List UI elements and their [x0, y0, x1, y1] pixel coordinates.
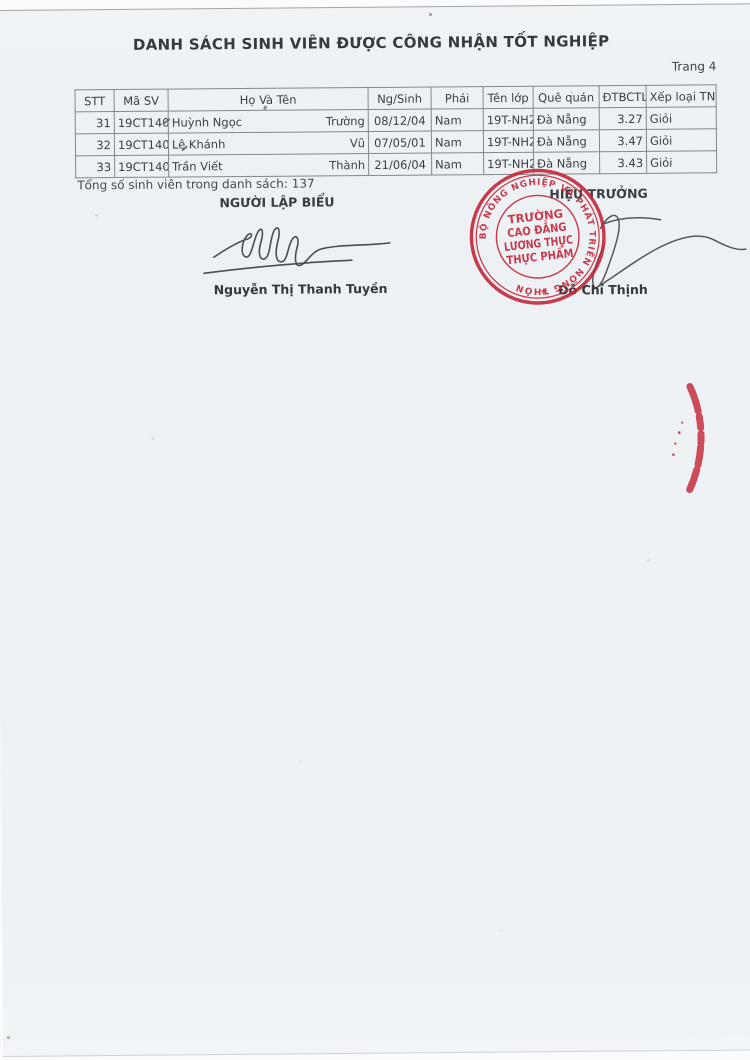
- cell-ten-lop: 19T-NH2: [483, 108, 533, 130]
- preparer-title: NGƯỜI LẬP BIỂU: [219, 194, 334, 210]
- stamp-star-icon: ★: [540, 287, 549, 298]
- cell-que-quan: Đà Nẵng: [533, 108, 599, 131]
- cell-stt: 31: [75, 112, 114, 134]
- cell-phai: Nam: [431, 109, 483, 131]
- school-stamp: BỘ NÔNG NGHIỆP VÀ PHÁT TRIỂN NÔNG THÔN T…: [458, 157, 617, 316]
- cell-ng-sinh: 07/05/01: [368, 131, 431, 153]
- preparer-signature: [196, 216, 401, 282]
- given-name: Trường: [326, 114, 365, 128]
- page-title: DANH SÁCH SINH VIÊN ĐƯỢC CÔNG NHẬN TỐT N…: [0, 31, 746, 55]
- stamp-fragment: [662, 380, 715, 495]
- cell-ho-va-ten: Huỳnh Ngọc Trường: [168, 110, 368, 134]
- col-header-dtbctl: ĐTBCTL: [599, 85, 646, 107]
- cell-xep-loai: Giỏi: [647, 151, 717, 174]
- col-header-ten-lop: Tên lớp: [483, 86, 533, 108]
- cell-dtbctl: 3.47: [599, 129, 646, 151]
- document-content: DANH SÁCH SINH VIÊN ĐƯỢC CÔNG NHẬN TỐT N…: [0, 0, 750, 1060]
- cell-dtbctl: 3.27: [599, 107, 646, 129]
- cell-ten-lop: 19T-NH2: [483, 130, 533, 152]
- cell-ho-va-ten: Trần Viết Thành: [169, 154, 369, 178]
- cell-stt: 32: [75, 134, 114, 156]
- graduates-table: STT Mã SV Họ Và Tên Ng/Sinh Phái Tên lớp…: [75, 84, 718, 178]
- cell-ng-sinh: 21/06/04: [369, 153, 432, 175]
- given-name: Vũ: [350, 136, 365, 150]
- family-name: Trần Viết: [172, 159, 223, 173]
- col-header-ng-sinh: Ng/Sinh: [368, 87, 431, 109]
- given-name: Thành: [329, 158, 365, 172]
- cell-ho-va-ten: Lê Khánh Vũ: [168, 132, 368, 156]
- preparer-name: Nguyễn Thị Thanh Tuyền: [203, 281, 398, 298]
- cell-ng-sinh: 08/12/04: [368, 109, 431, 131]
- col-header-stt: STT: [75, 90, 114, 112]
- cell-phai: Nam: [431, 131, 483, 153]
- page-number: Trang 4: [672, 59, 717, 73]
- col-header-phai: Phái: [431, 87, 483, 109]
- col-header-que-quan: Quê quán: [533, 86, 599, 109]
- cell-ma-sv: 19CT140076: [114, 133, 168, 155]
- col-header-ma-sv: Mã SV: [114, 89, 168, 111]
- total-students-summary: Tổng số sinh viên trong danh sách: 137: [77, 176, 314, 192]
- scan-specks: [0, 0, 1, 1]
- cell-xep-loai: Giỏi: [646, 107, 716, 130]
- table-row: 33 19CT140078 Trần Viết Thành 21/06/04 N…: [76, 151, 717, 178]
- cell-stt: 33: [76, 156, 115, 178]
- cell-que-quan: Đà Nẵng: [533, 130, 599, 153]
- cell-ma-sv: 19CT140078: [115, 155, 169, 177]
- col-header-xep-loai: Xếp loại TN: [646, 85, 716, 108]
- family-name: Huỳnh Ngọc: [172, 115, 242, 130]
- cell-dtbctl: 3.43: [600, 151, 647, 173]
- cell-xep-loai: Giỏi: [646, 129, 716, 152]
- family-name: Lê Khánh: [172, 137, 225, 151]
- cell-ma-sv: 19CT140071: [114, 111, 168, 133]
- col-header-ho-va-ten: Họ Và Tên: [168, 88, 368, 112]
